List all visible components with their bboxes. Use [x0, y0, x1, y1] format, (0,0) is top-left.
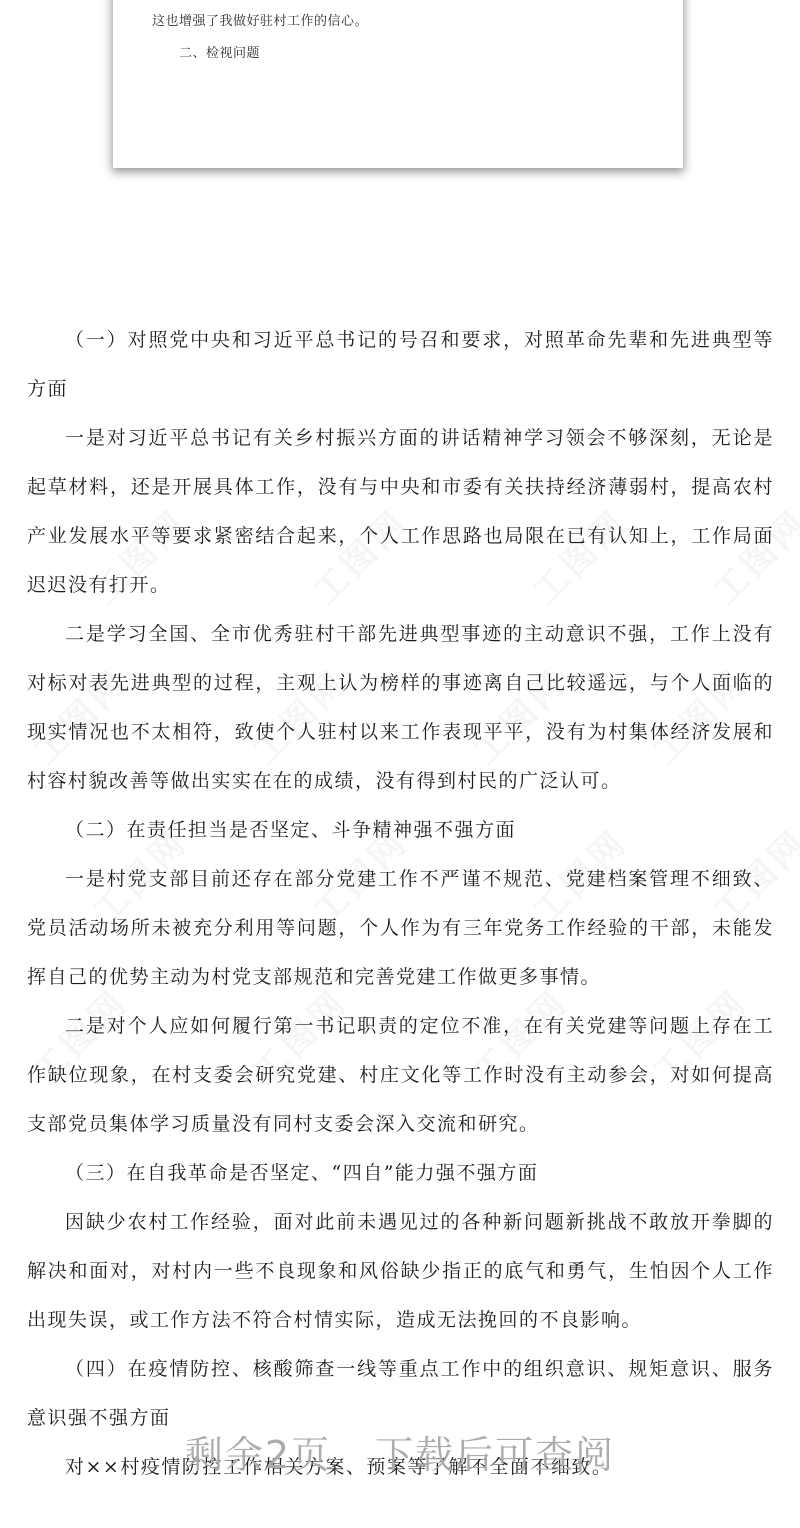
section-heading-3: （三）在自我革命是否坚定、“四自”能力强不强方面: [27, 1149, 774, 1198]
paragraph: 一是对习近平总书记有关乡村振兴方面的讲话精神学习领会不够深刻，无论是起草材料，还…: [27, 414, 774, 610]
paragraph: 二是学习全国、全市优秀驻村干部先进典型事迹的主动意识不强，工作上没有对标对表先进…: [27, 610, 774, 806]
download-hint-label: 下载后可查阅: [375, 1433, 615, 1477]
paragraph: 二是对个人应如何履行第一书记职责的定位不准，在有关党建等问题上存在工作缺位现象，…: [27, 1002, 774, 1149]
section-heading-2: （二）在责任担当是否坚定、斗争精神强不强方面: [27, 806, 774, 855]
paragraph: 因缺少农村工作经验，面对此前未遇见过的各种新问题新挑战不敢放开拳脚的解决和面对，…: [27, 1198, 774, 1345]
remaining-pages-label: 剩余2页: [185, 1433, 331, 1477]
document-body: （一）对照党中央和习近平总书记的号召和要求，对照革命先辈和先进典型等方面 一是对…: [27, 316, 774, 1492]
preview-footer: 剩余2页下载后可查阅: [0, 1424, 800, 1479]
paragraph: 一是村党支部目前还存在部分党建工作不严谨不规范、党建档案管理不细致、党员活动场所…: [27, 855, 774, 1002]
card-text-line: 这也增强了我做好驻村工作的信心。: [152, 10, 368, 29]
document-preview-page: 工图网工图网工图网工图网工图网工图网工图网工图网工图网工图网工图网工图网工图网工…: [0, 0, 800, 1528]
card-section-heading: 二、检视问题: [179, 42, 260, 61]
section-heading-1: （一）对照党中央和习近平总书记的号召和要求，对照革命先辈和先进典型等方面: [27, 316, 774, 414]
previous-page-card: 这也增强了我做好驻村工作的信心。 二、检视问题: [113, 0, 683, 168]
